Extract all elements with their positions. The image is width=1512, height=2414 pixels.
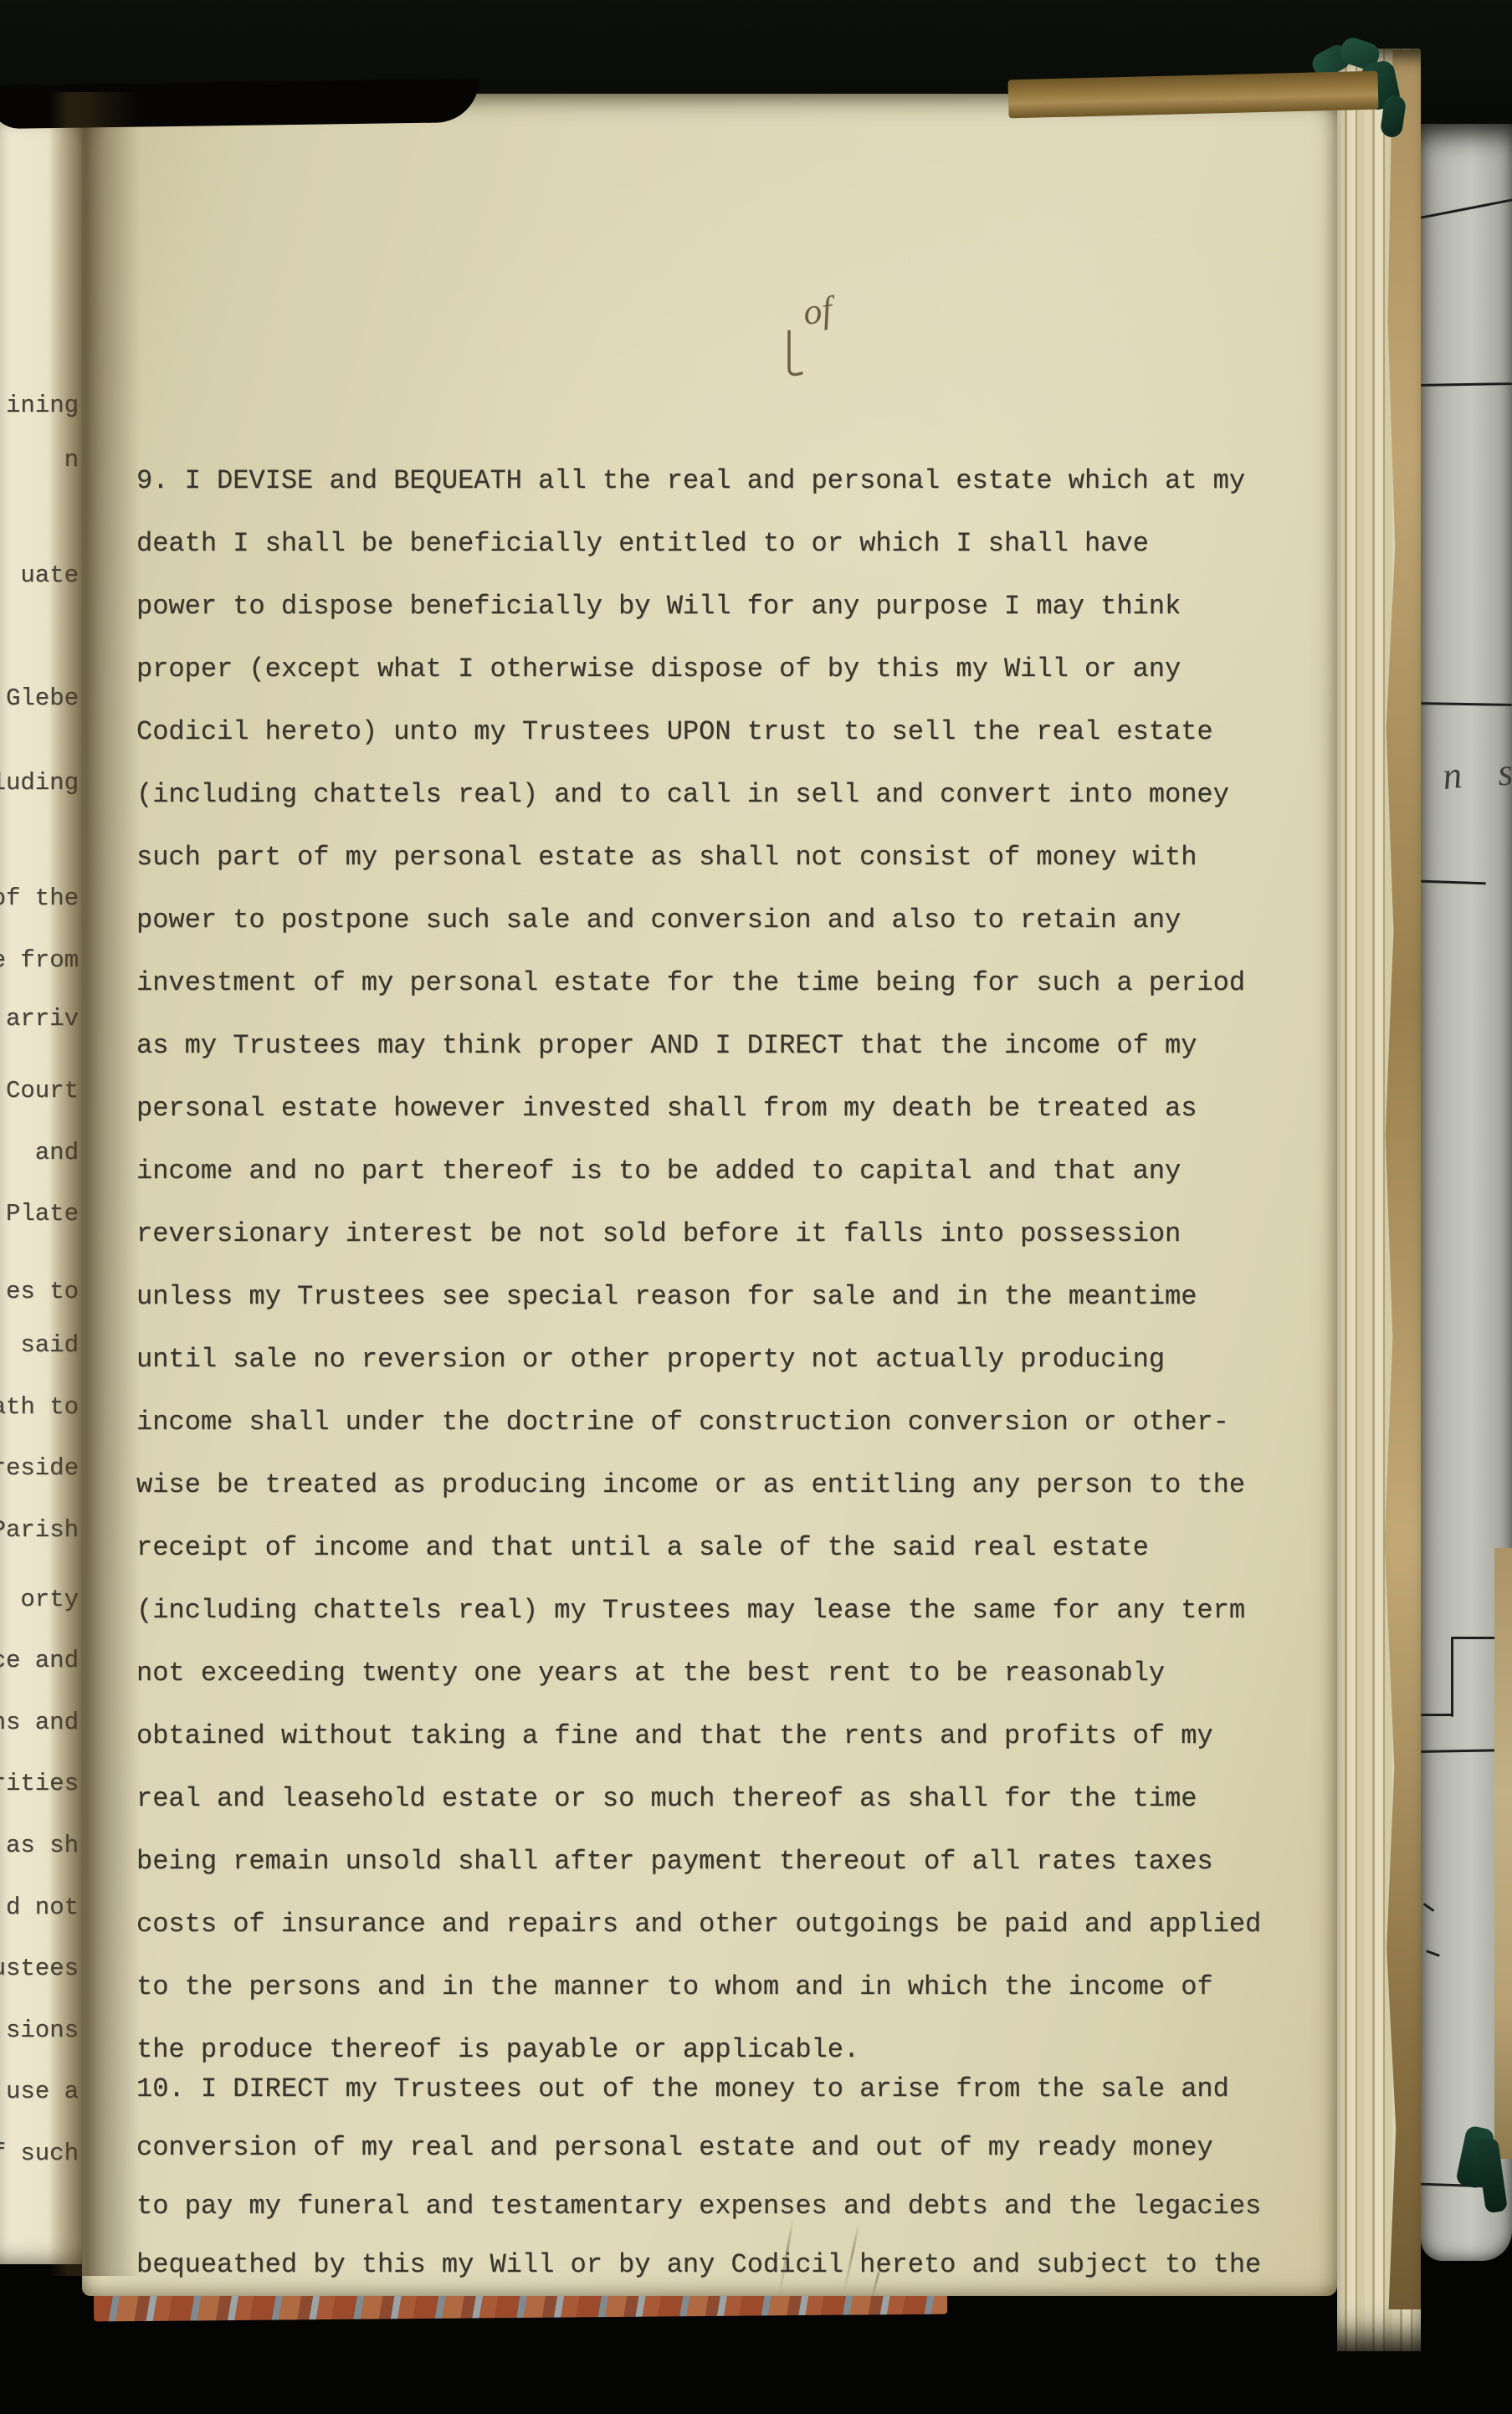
left-page-text-fragment: curities [0,1770,79,1797]
handwritten-insertion: of [801,288,834,334]
text-line: income shall under the doctrine of const… [101,1391,1261,1453]
ledger-line [1422,1903,1434,1912]
ledger-line [1451,1637,1453,1717]
left-page-text-fragment: ts as sh [0,1832,79,1859]
text-line: wise be treated as producing income or a… [101,1453,1261,1516]
left-page-text-fragment: n [64,446,79,474]
clause-10: 10. I DIRECT my Trustees out of the mone… [136,1884,1261,2296]
left-page-text-fragment: h use a [0,2078,79,2105]
book-scan: iningnuateGlebecludingof thee fromarrivC… [0,0,1512,2414]
handwriting-fragment: n [1440,752,1463,798]
left-page-text-fragment: d not [6,1894,79,1921]
text-line: not exceeding twenty one years at the be… [101,1642,1261,1704]
text-line: 9. I DEVISE and BEQUEATH all the real an… [101,449,1261,512]
tan-page-sliver [1494,1548,1512,2159]
handwriting-fragment: s [1496,749,1512,794]
left-page-text-fragment: es to [6,1278,79,1305]
text-line: obtained without taking a fine and that … [101,1704,1261,1767]
text-line: income and no part thereof is to be adde… [101,1140,1261,1202]
clause-9: 9. I DEVISE and BEQUEATH all the real an… [101,261,1261,2081]
tassel-cord [1476,2138,1508,2214]
left-page-text-fragment: Glebe [6,684,79,712]
left-page-text-fragment: Parish [0,1516,79,1544]
text-line: power to dispose beneficially by Will fo… [101,575,1261,638]
text-line: death I shall be beneficially entitled t… [101,512,1261,575]
text-line: investment of my personal estate for the… [101,951,1261,1014]
left-page-text-fragment: ath to [0,1393,79,1421]
insertion-caret-icon [782,330,812,382]
left-page-text-fragment: arriv [6,1005,79,1033]
left-page-text-fragment: uate [20,561,79,589]
left-page-text-fragment: sions [6,2017,79,2044]
document-page: 9. I DEVISE and BEQUEATH all the real an… [82,94,1337,2296]
cover-cloth-edge [0,79,479,129]
left-page-text-fragment: of such [0,2140,79,2167]
left-page-text-fragment: rustees [0,1955,79,1982]
ledger-line [1421,382,1512,387]
text-line: to pay my funeral and testamentary expen… [136,2177,1261,2236]
left-page-text-fragment: e from [0,946,79,974]
left-page-text-fragment: ence and [0,1647,79,1674]
ledger-line [1421,1714,1453,1716]
left-page-text-fragment: dens and [0,1709,79,1736]
left-page-text-fragment: said [20,1331,79,1359]
text-line: payments aforesaid I DIRECT that my Trus… [136,2294,1261,2296]
green-tassel [1461,2127,1512,2227]
text-line: reversionary interest be not sold before… [101,1202,1261,1265]
text-line: power to postpone such sale and conversi… [101,889,1261,951]
left-page-text-fragment: Court [6,1077,79,1104]
text-line: personal estate however invested shall f… [101,1077,1261,1140]
left-page-text-fragment: cluding [0,769,79,797]
text-line: 10. I DIRECT my Trustees out of the mone… [136,2060,1261,2119]
left-page-text-fragment: d Plate [0,1200,79,1228]
ledger-line [1421,880,1486,885]
text-line: such part of my personal estate as shall… [101,826,1261,889]
left-page-text-fragment: and [35,1139,79,1166]
left-page-text-fragment: of the [0,884,79,912]
left-page-text-fragment: orty [20,1586,79,1613]
text-line: proper (except what I otherwise dispose … [101,638,1261,700]
text-line: bequeathed by this my Will or by any Cod… [136,2236,1261,2294]
text-line: receipt of income and that until a sale … [101,1516,1261,1579]
text-line: Codicil hereto) unto my Trustees UPON tr… [101,700,1261,763]
ledger-line [1421,702,1512,706]
text-line: being remain unsold shall after payment … [101,1830,1261,1893]
text-line: real and leasehold estate or so much the… [101,1767,1261,1830]
ledger-line [1421,198,1512,219]
text-line: (including chattels real) and to call in… [101,763,1261,826]
text-line: unless my Trustees see special reason fo… [101,1265,1261,1328]
text-line: conversion of my real and personal estat… [136,2119,1261,2177]
text-line: until sale no reversion or other propert… [101,1328,1261,1391]
text-line: (including chattels real) my Trustees ma… [101,1579,1261,1642]
left-page-text-fragment: ining [6,392,79,419]
text-line: as my Trustees may think proper AND I DI… [101,1014,1261,1077]
ledger-line [1426,1950,1440,1957]
left-page-edge: iningnuateGlebecludingof thee fromarrivC… [0,107,84,2264]
left-page-text-fragment: r reside [0,1454,79,1482]
